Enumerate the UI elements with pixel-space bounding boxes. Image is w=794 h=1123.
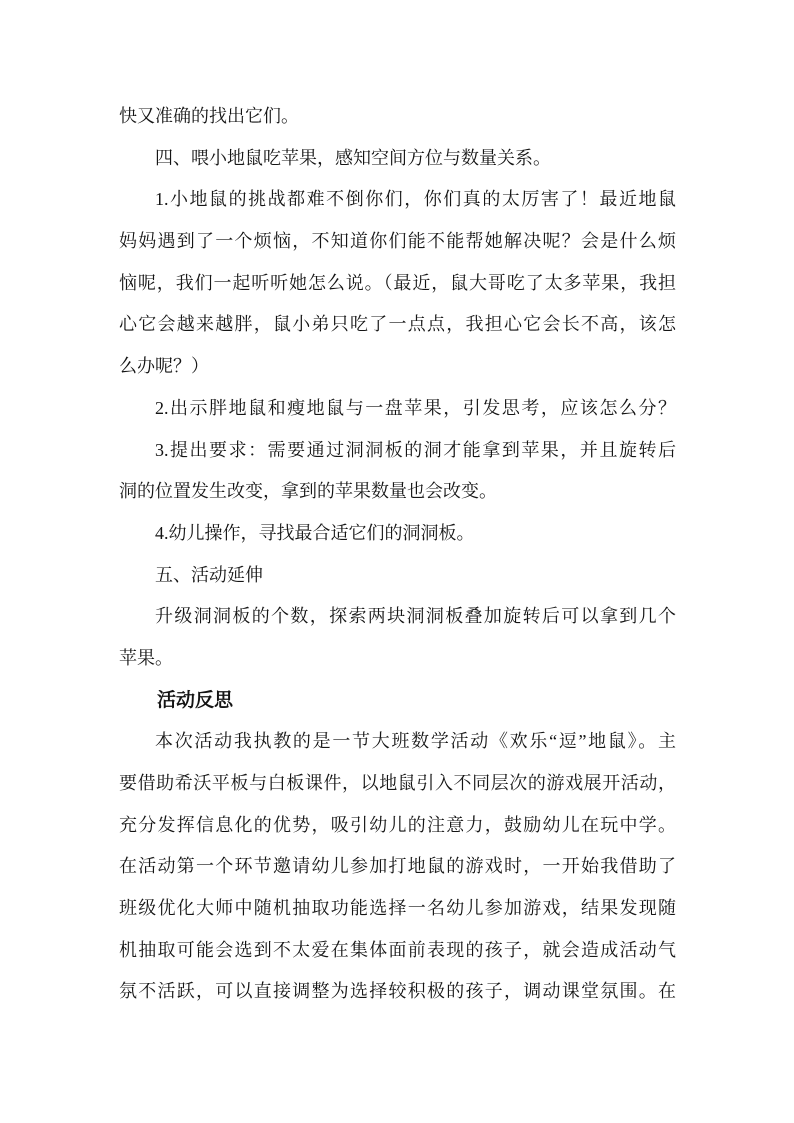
text-line-extension: 升级洞洞板的个数，探索两块洞洞板叠加旋转后可以拿到几个 bbox=[119, 596, 676, 638]
text-line-step2: 2.出示胖地鼠和瘦地鼠与一盘苹果，引发思考，应该怎么分？ bbox=[119, 388, 676, 430]
reflection-heading: 活动反思 bbox=[119, 680, 676, 722]
text-line-extension-end: 苹果。 bbox=[119, 638, 676, 680]
text-line-reflection-cont: 在活动第一个环节邀请幼儿参加打地鼠的游戏时，一开始我借助了 bbox=[119, 846, 676, 888]
text-line-reflection: 本次活动我执教的是一节大班数学活动《欢乐“逗”地鼠》。主 bbox=[119, 721, 676, 763]
text-line-step3-cont: 洞的位置发生改变，拿到的苹果数量也会改变。 bbox=[119, 471, 676, 513]
document-body: 快又准确的找出它们。 四、喂小地鼠吃苹果，感知空间方位与数量关系。 1.小地鼠的… bbox=[119, 96, 676, 1013]
text-line-step4: 4.幼儿操作，寻找最合适它们的洞洞板。 bbox=[119, 513, 676, 555]
text-line-step1-cont: 妈妈遇到了一个烦恼，不知道你们能不能帮她解决呢？会是什么烦 bbox=[119, 221, 676, 263]
text-line-continuation: 快又准确的找出它们。 bbox=[119, 96, 676, 138]
section-five-title: 五、活动延伸 bbox=[119, 555, 676, 597]
text-line-reflection-cont: 机抽取可能会选到不太爱在集体面前表现的孩子，就会造成活动气 bbox=[119, 930, 676, 972]
text-line-step1: 1.小地鼠的挑战都难不倒你们，你们真的太厉害了！最近地鼠 bbox=[119, 179, 676, 221]
text-line-reflection-cont: 要借助希沃平板与白板课件，以地鼠引入不同层次的游戏展开活动， bbox=[119, 763, 676, 805]
text-line-step1-end: 么办呢？） bbox=[119, 346, 676, 388]
text-line-reflection-cont: 班级优化大师中随机抽取功能选择一名幼儿参加游戏，结果发现随 bbox=[119, 888, 676, 930]
text-line-reflection-cont: 氛不活跃，可以直接调整为选择较积极的孩子，调动课堂氛围。在 bbox=[119, 971, 676, 1013]
text-line-step1-cont: 恼呢，我们一起听听她怎么说。（最近，鼠大哥吃了太多苹果，我担 bbox=[119, 263, 676, 305]
text-line-step3: 3.提出要求：需要通过洞洞板的洞才能拿到苹果，并且旋转后 bbox=[119, 430, 676, 472]
text-line-reflection-cont: 充分发挥信息化的优势，吸引幼儿的注意力，鼓励幼儿在玩中学。 bbox=[119, 805, 676, 847]
section-four-title: 四、喂小地鼠吃苹果，感知空间方位与数量关系。 bbox=[119, 138, 676, 180]
text-line-step1-cont: 心它会越来越胖，鼠小弟只吃了一点点，我担心它会长不高，该怎 bbox=[119, 304, 676, 346]
document-page: 快又准确的找出它们。 四、喂小地鼠吃苹果，感知空间方位与数量关系。 1.小地鼠的… bbox=[0, 0, 794, 1123]
